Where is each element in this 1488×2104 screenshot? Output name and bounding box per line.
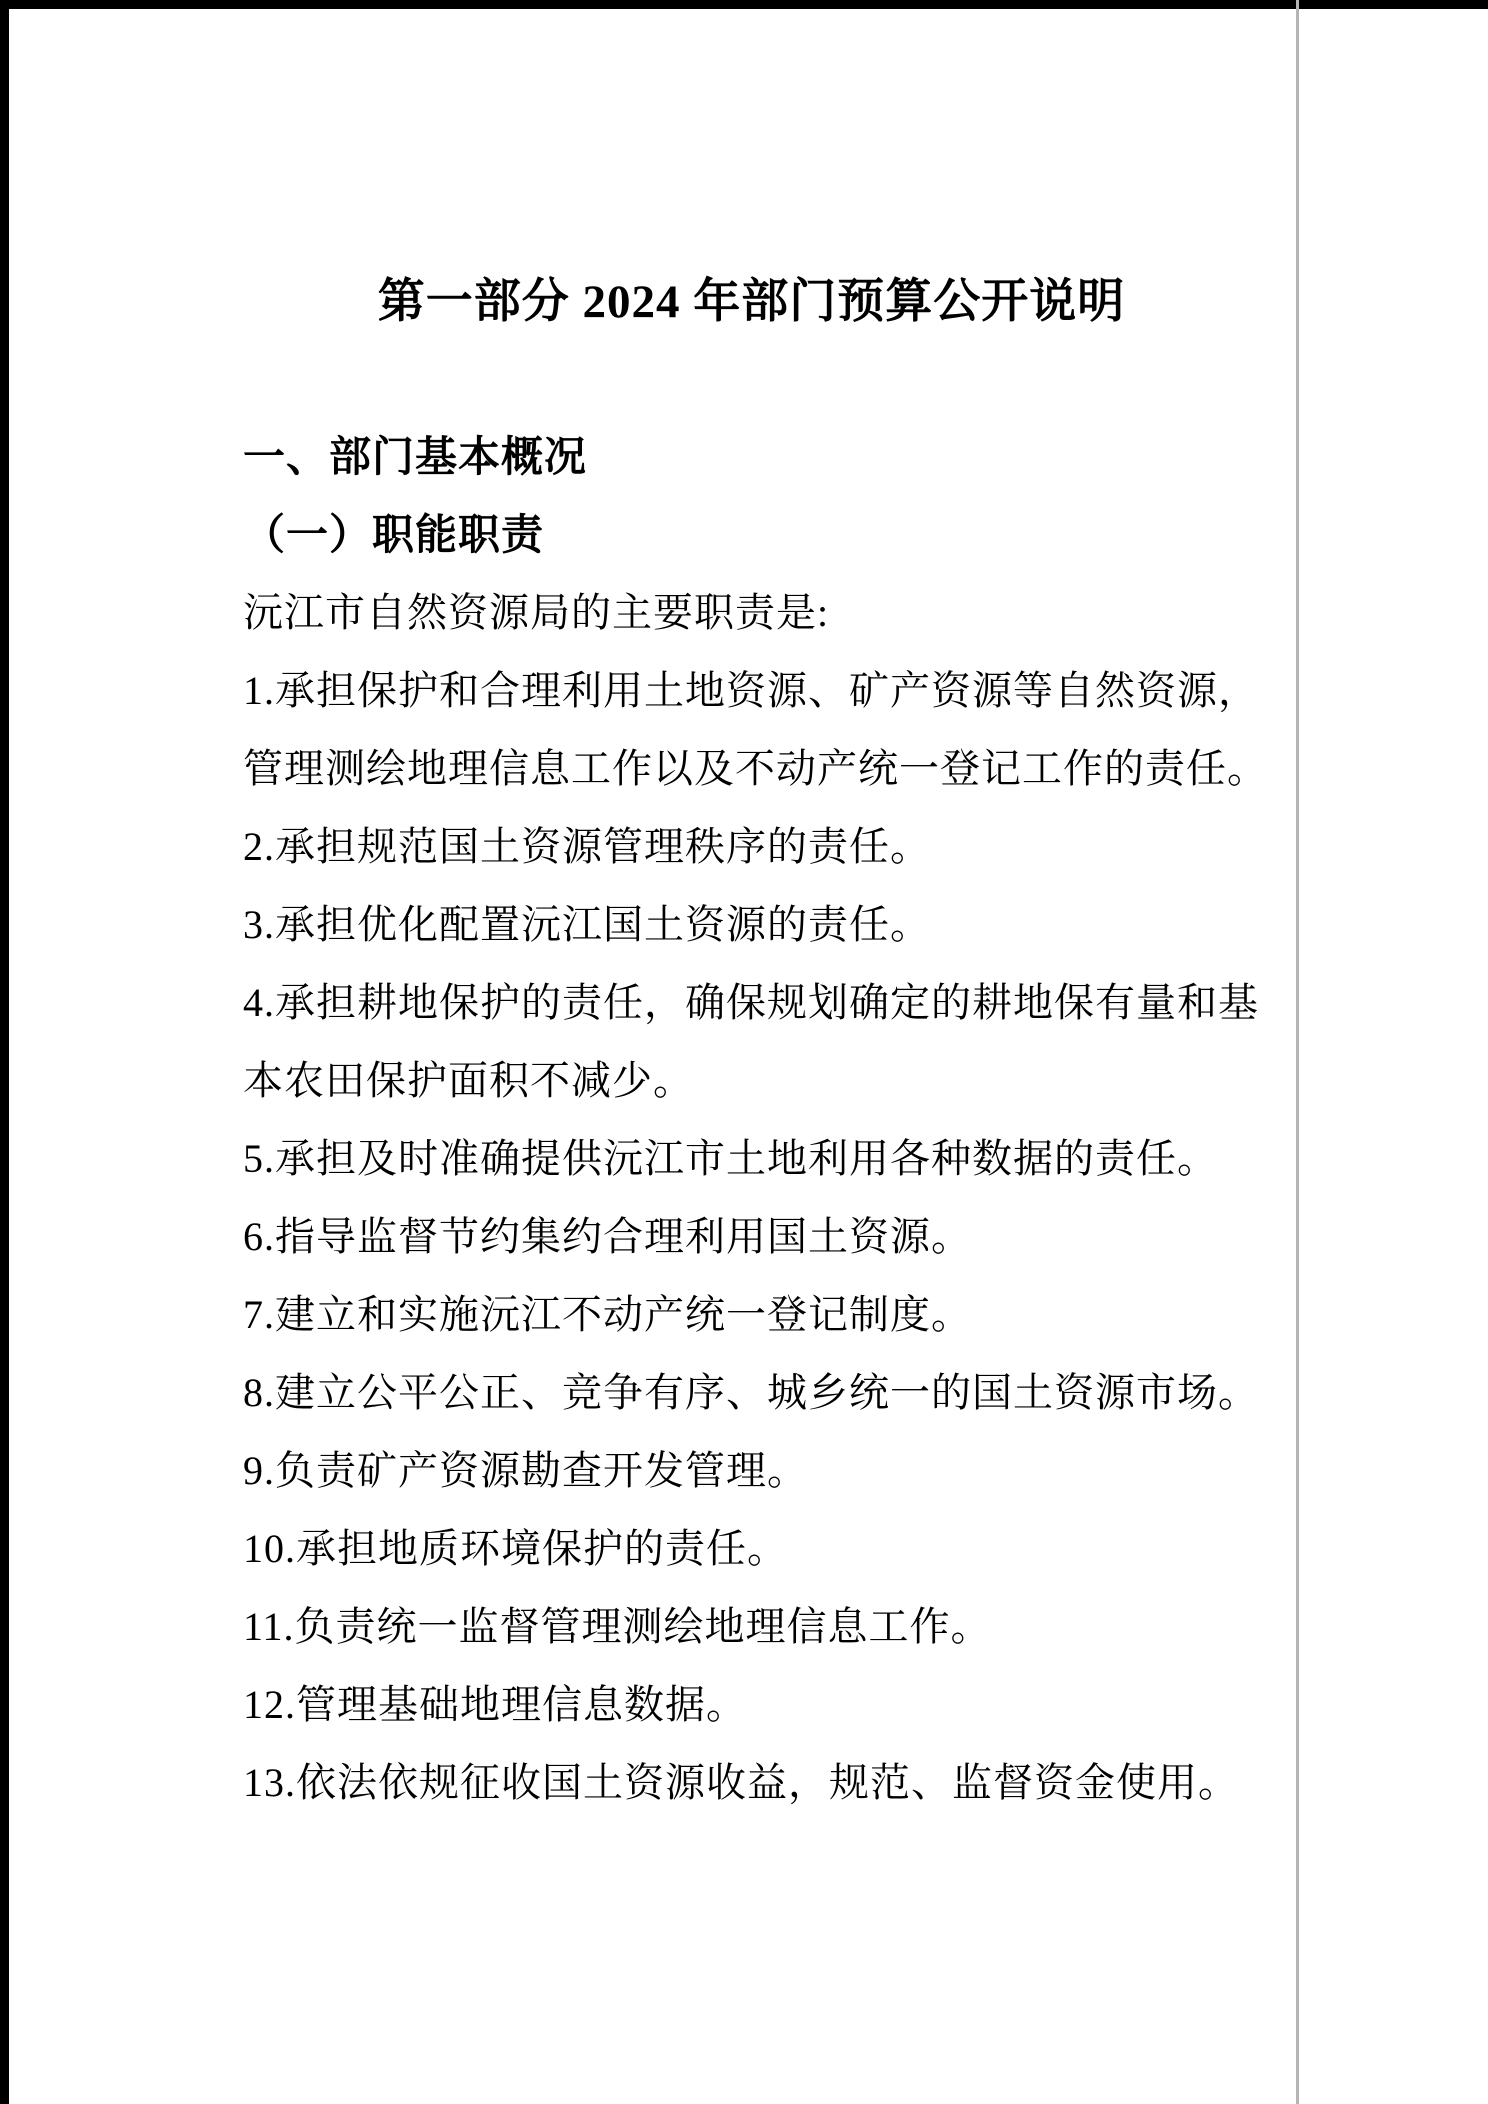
section-heading: 一、部门基本概况 [243,418,1260,496]
body-line: 12.管理基础地理信息数据。 [243,1666,1260,1744]
document-page: 第一部分 2024 年部门预算公开说明 一、部门基本概况 （一）职能职责 沅江市… [0,0,1488,2104]
body-line: 沅江市自然资源局的主要职责是: [243,574,1260,652]
body-line: 5.承担及时准确提供沅江市土地利用各种数据的责任。 [243,1120,1260,1198]
scan-edge-top [0,0,1488,9]
body-line: 2.承担规范国土资源管理秩序的责任。 [243,808,1260,886]
subsection-heading: （一）职能职责 [243,496,1260,574]
body-line: 11.负责统一监督管理测绘地理信息工作。 [243,1588,1260,1666]
body-line: 4.承担耕地保护的责任，确保规划确定的耕地保有量和基 [243,964,1260,1042]
page-title: 第一部分 2024 年部门预算公开说明 [243,263,1260,341]
body-line: 本农田保护面积不减少。 [243,1042,1260,1120]
body-line: 3.承担优化配置沅江国土资源的责任。 [243,886,1260,964]
body-line: 13.依法依规征收国土资源收益，规范、监督资金使用。 [243,1744,1260,1822]
body-line: 8.建立公平公正、竞争有序、城乡统一的国土资源市场。 [243,1354,1260,1432]
title-spacer [243,341,1260,418]
body-line: 6.指导监督节约集约合理利用国土资源。 [243,1198,1260,1276]
page-margin-line [1296,0,1299,2104]
scan-edge-left [0,0,9,2104]
body-line: 管理测绘地理信息工作以及不动产统一登记工作的责任。 [243,730,1260,808]
body-line: 9.负责矿产资源勘查开发管理。 [243,1432,1260,1510]
body-line: 7.建立和实施沅江不动产统一登记制度。 [243,1276,1260,1354]
document-content: 第一部分 2024 年部门预算公开说明 一、部门基本概况 （一）职能职责 沅江市… [243,263,1260,1822]
body-line: 10.承担地质环境保护的责任。 [243,1510,1260,1588]
body-line: 1.承担保护和合理利用土地资源、矿产资源等自然资源， [243,652,1260,730]
